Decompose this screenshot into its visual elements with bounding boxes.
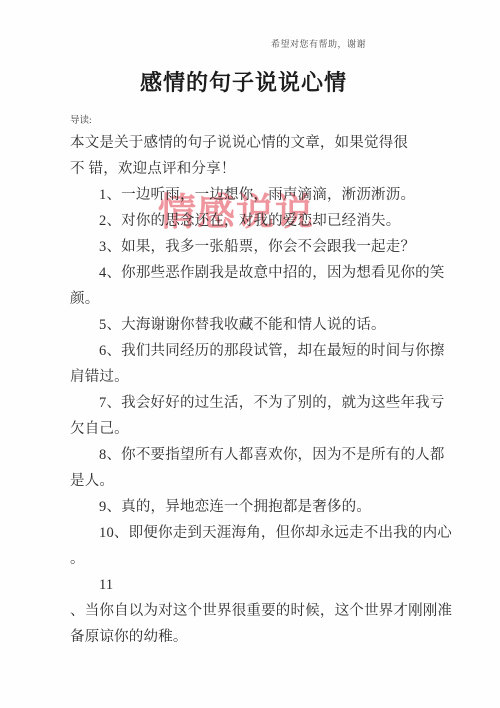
text-line: 7、我会好好的过生活，不为了别的，就为这些年我亏: [70, 390, 420, 416]
text-line: 。: [70, 546, 420, 572]
text-line: 不 错，欢迎点评和分享！: [70, 156, 420, 182]
text-line: 11: [70, 572, 420, 598]
text-line: 5、大海谢谢你替我收藏不能和情人说的话。: [70, 312, 420, 338]
text-line: 1、一边听雨，一边想你，雨声滴滴，淅沥淅沥。: [70, 182, 420, 208]
lead-label: 导读:: [70, 112, 92, 126]
text-line: 、当你自以为对这个世界很重要的时候，这个世界才刚刚准: [70, 598, 420, 624]
text-line: 本文是关于感情的句子说说心情的文章，如果觉得很: [70, 130, 420, 156]
text-line: 是人。: [70, 468, 420, 494]
page-title: 感情的句子说说心情: [70, 66, 417, 97]
text-line: 肩错过。: [70, 364, 420, 390]
text-line: 8、你不要指望所有人都喜欢你，因为不是所有的人都: [70, 442, 420, 468]
body-text: 本文是关于感情的句子说说心情的文章，如果觉得很不 错，欢迎点评和分享！1、一边听…: [70, 130, 420, 650]
text-line: 3、如果，我多一张船票，你会不会跟我一起走？: [70, 234, 420, 260]
text-line: 4、你那些恶作剧我是故意中招的，因为想看见你的笑: [70, 260, 420, 286]
header-note: 希望对您有帮助，谢谢: [271, 37, 366, 50]
text-line: 欠自己。: [70, 416, 420, 442]
text-line: 2、对你的思念还在，对我的爱恋却已经消失。: [70, 208, 420, 234]
document-page: 希望对您有帮助，谢谢 感情的句子说说心情 导读: 情感说说 本文是关于感情的句子…: [0, 0, 500, 708]
text-line: 10、即便你走到天涯海角，但你却永远走不出我的内心: [70, 520, 420, 546]
text-line: 颜。: [70, 286, 420, 312]
text-line: 6、我们共同经历的那段试管，却在最短的时间与你擦: [70, 338, 420, 364]
text-line: 备原谅你的幼稚。: [70, 624, 420, 650]
text-line: 9、真的，异地恋连一个拥抱都是奢侈的。: [70, 494, 420, 520]
